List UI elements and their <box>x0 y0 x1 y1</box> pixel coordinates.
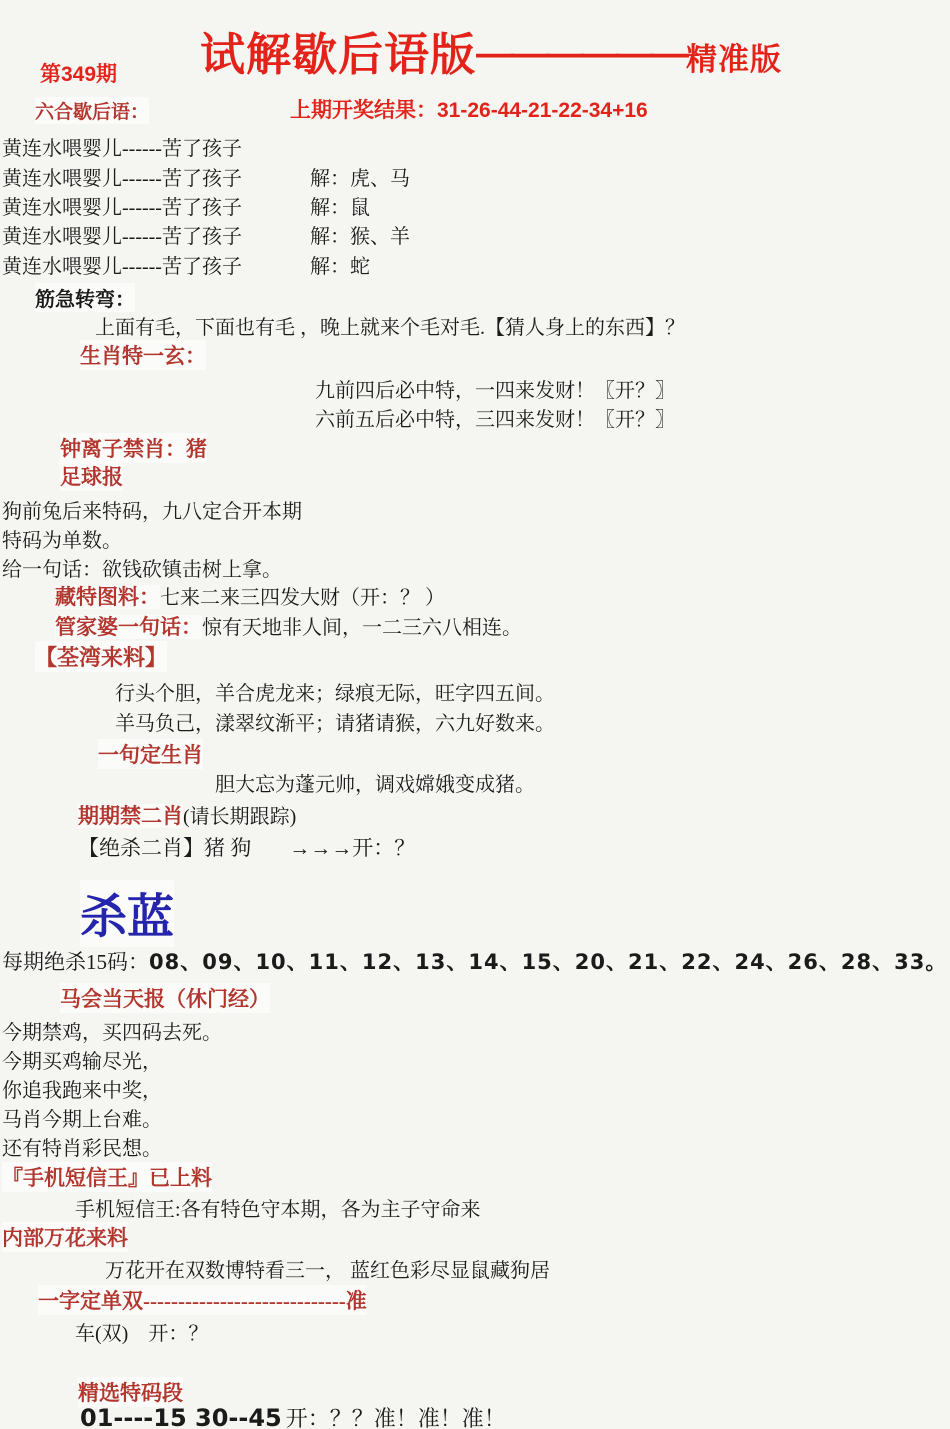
zuqiubao-line-3: 给一句话：欲钱砍镇击树上拿。 <box>2 553 282 582</box>
guanjiapo-line: 管家婆一句话：惊有天地非人间，一二三六八相连。 <box>55 611 522 641</box>
temaduan-result: 开：？？准！准！准！ <box>286 1406 506 1429</box>
zuqiubao-line-2: 特码为单数。 <box>2 524 122 553</box>
page-title: 试解歇后语版——————精准版 <box>200 18 782 83</box>
danshuang-heading: 一字定单双-----------------------------准 <box>38 1285 367 1315</box>
temaduan-range: 01----15 30--45 <box>80 1404 282 1429</box>
zuqiubao-line-1: 狗前兔后来特码，九八定合开本期 <box>2 495 302 524</box>
cangte-line: 藏特图料：七来二来三四发大财（开：？ ） <box>55 581 445 611</box>
riddle-answer: 解：蛇 <box>310 256 370 278</box>
qiqi-note: (请长期跟踪) <box>183 806 296 828</box>
last-draw-result: 上期开奖结果：31-26-44-21-22-34+16 <box>290 94 648 124</box>
temaduan-line: 01----15 30--45 开：？？准！准！准！ <box>80 1402 506 1429</box>
juesha-arrow: →→→开：？ <box>289 836 415 860</box>
riddle-text: 黄连水喂婴儿------苦了孩子 <box>2 191 310 220</box>
riddle-line: 黄连水喂婴儿------苦了孩子解：蛇 <box>2 250 370 279</box>
yiju-heading: 一句定生肖 <box>98 739 203 769</box>
riddle-text: 黄连水喂婴儿------苦了孩子 <box>2 250 310 279</box>
riddle-line: 黄连水喂婴儿------苦了孩子 <box>2 132 310 161</box>
juesha-line: 【绝杀二肖】猪 狗→→→开：？ <box>78 832 415 862</box>
riddle-answer: 解：鼠 <box>310 197 370 219</box>
hehouyu-label: 六合歇后语： <box>35 97 149 124</box>
mahui-line: 今期禁鸡，买四码去死。 <box>2 1016 222 1045</box>
wanhua-line: 万花开在双数博特看三一， 蓝红色彩尽显鼠藏狗居 <box>105 1254 550 1283</box>
shengxiao-heading: 生肖特一玄： <box>80 340 206 370</box>
qiqi-line: 期期禁二肖(请长期跟踪) <box>78 800 296 830</box>
mahui-line: 马肖今期上台难。 <box>2 1103 162 1132</box>
issue-number: 第349期 <box>40 58 117 88</box>
page-title-suffix: 精准版 <box>686 42 782 77</box>
cangte-text: 七来二来三四发大财（开：？ ） <box>160 587 445 609</box>
quanwan-heading: 【荃湾来料】 <box>35 641 167 672</box>
brain-teaser-line: 上面有毛，下面也有毛 ，晚上就来个毛对毛.【猜人身上的东西】？ <box>95 311 685 340</box>
shalan-numbers: 08、09、10、11、12、13、14、15、20、21、22、24、26、2… <box>149 950 947 974</box>
guanjiapo-text: 惊有天地非人间，一二三六八相连。 <box>202 617 522 639</box>
shengxiao-line-2: 六前五后必中特，三四来发财！〖开？〗 <box>315 403 675 432</box>
page-title-main: 试解歇后语版 <box>200 29 476 80</box>
mahui-heading: 马会当天报（休门经） <box>60 983 270 1013</box>
brain-teaser-heading: 筋急转弯： <box>35 283 135 312</box>
riddle-text: 黄连水喂婴儿------苦了孩子 <box>2 132 310 161</box>
juesha-text: 【绝杀二肖】猪 狗 <box>78 836 251 860</box>
riddle-text: 黄连水喂婴儿------苦了孩子 <box>2 220 310 249</box>
shalan-title: 杀蓝 <box>80 880 174 947</box>
guanjiapo-label: 管家婆一句话： <box>55 615 202 639</box>
shalan-label: 每期绝杀15码： <box>2 950 149 974</box>
shalan-kill-line: 每期绝杀15码：08、09、10、11、12、13、14、15、20、21、22… <box>2 946 947 976</box>
yiju-line: 胆大忘为蓬元帅，调戏嫦娥变成猪。 <box>215 768 535 797</box>
zuqiubao-heading: 足球报 <box>60 461 123 491</box>
quanwan-line-2: 羊马负己，漾翠纹渐平；请猪请猴，六九好数来。 <box>115 707 555 736</box>
riddle-text: 黄连水喂婴儿------苦了孩子 <box>2 162 310 191</box>
mahui-line: 还有特肖彩民想。 <box>2 1132 162 1161</box>
sms-line: 手机短信王:各有特色守本期，各为主子守命来 <box>75 1193 481 1222</box>
last-draw-label: 上期开奖结果： <box>290 99 437 122</box>
qiqi-label: 期期禁二肖 <box>78 804 183 828</box>
tip-sheet-page: 试解歇后语版——————精准版 第349期 六合歇后语： 上期开奖结果：31-2… <box>0 0 950 1429</box>
riddle-line: 黄连水喂婴儿------苦了孩子解：虎、马 <box>2 162 410 191</box>
riddle-line: 黄连水喂婴儿------苦了孩子解：猴、羊 <box>2 220 410 249</box>
danshuang-line: 车(双) 开：？ <box>75 1317 208 1346</box>
wanhua-heading: 内部万花来料 <box>2 1222 128 1252</box>
mahui-line: 今期买鸡输尽光， <box>2 1045 162 1074</box>
riddle-line: 黄连水喂婴儿------苦了孩子解：鼠 <box>2 191 370 220</box>
sms-heading: 『手机短信王』已上料 <box>2 1162 212 1192</box>
shengxiao-line-1: 九前四后必中特，一四来发财！〖开？〗 <box>315 374 675 403</box>
riddle-answer: 解：猴、羊 <box>310 226 410 248</box>
quanwan-line-1: 行头个胆，羊合虎龙来；绿痕无际，旺字四五间。 <box>115 677 555 706</box>
cangte-label: 藏特图料： <box>55 585 160 609</box>
riddle-answer: 解：虎、马 <box>310 168 410 190</box>
zhongli-heading: 钟离子禁肖：猪 <box>60 433 207 463</box>
title-dash: —————— <box>476 33 686 75</box>
last-draw-numbers: 31-26-44-21-22-34+16 <box>437 99 648 122</box>
mahui-line: 你追我跑来中奖， <box>2 1074 162 1103</box>
